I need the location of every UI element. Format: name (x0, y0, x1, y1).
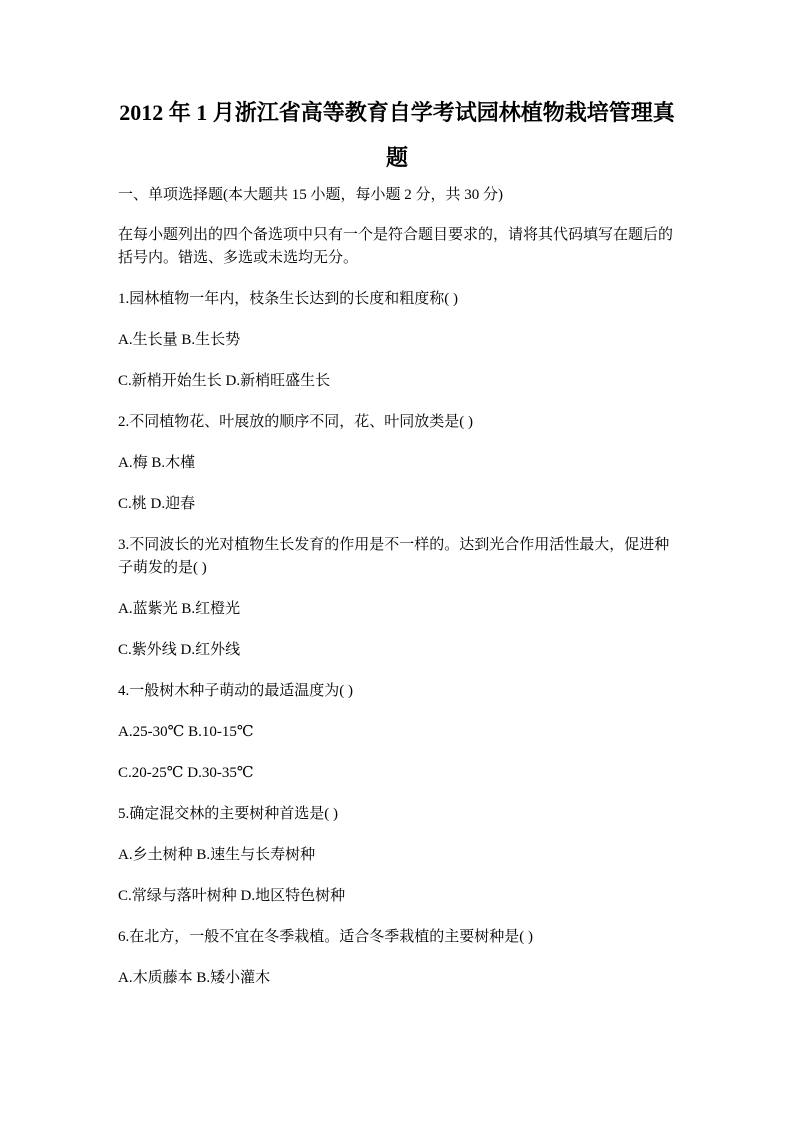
question-stem: 5.确定混交林的主要树种首选是( ) (118, 803, 676, 826)
option-line: C.新梢开始生长 D.新梢旺盛生长 (118, 370, 676, 393)
question-block-2: 2.不同植物花、叶展放的顺序不同，花、叶同放类是( ) A.梅 B.木槿 C.桃… (118, 411, 676, 516)
option-line: C.桃 D.迎春 (118, 493, 676, 516)
option-line: C.紫外线 D.红外线 (118, 639, 676, 662)
option-line: C.20-25℃ D.30-35℃ (118, 762, 676, 785)
option-line: C.常绿与落叶树种 D.地区特色树种 (118, 885, 676, 908)
option-line: A.梅 B.木槿 (118, 452, 676, 475)
document-page: 2012 年 1 月浙江省高等教育自学考试园林植物栽培管理真 题 一、单项选择题… (0, 0, 794, 1123)
instructions: 在每小题列出的四个备选项中只有一个是符合题目要求的，请将其代码填写在题后的括号内… (118, 224, 676, 270)
question-block-5: 5.确定混交林的主要树种首选是( ) A.乡土树种 B.速生与长寿树种 C.常绿… (118, 803, 676, 908)
title-line-2: 题 (118, 135, 676, 180)
question-stem: 4.一般树木种子萌动的最适温度为( ) (118, 680, 676, 703)
section-heading: 一、单项选择题(本大题共 15 小题，每小题 2 分，共 30 分) (118, 184, 676, 207)
option-line: A.蓝紫光 B.红橙光 (118, 598, 676, 621)
question-stem: 3.不同波长的光对植物生长发育的作用是不一样的。达到光合作用活性最大，促进种子萌… (118, 534, 676, 580)
document-title: 2012 年 1 月浙江省高等教育自学考试园林植物栽培管理真 题 (118, 90, 676, 180)
question-block-6: 6.在北方，一般不宜在冬季栽植。适合冬季栽植的主要树种是( ) A.木质藤本 B… (118, 926, 676, 990)
option-line: A.乡土树种 B.速生与长寿树种 (118, 844, 676, 867)
option-line: A.木质藤本 B.矮小灌木 (118, 967, 676, 990)
question-stem: 6.在北方，一般不宜在冬季栽植。适合冬季栽植的主要树种是( ) (118, 926, 676, 949)
question-stem: 1.园林植物一年内，枝条生长达到的长度和粗度称( ) (118, 288, 676, 311)
option-line: A.生长量 B.生长势 (118, 329, 676, 352)
question-block-3: 3.不同波长的光对植物生长发育的作用是不一样的。达到光合作用活性最大，促进种子萌… (118, 534, 676, 662)
option-line: A.25-30℃ B.10-15℃ (118, 721, 676, 744)
question-block-4: 4.一般树木种子萌动的最适温度为( ) A.25-30℃ B.10-15℃ C.… (118, 680, 676, 785)
question-block-1: 1.园林植物一年内，枝条生长达到的长度和粗度称( ) A.生长量 B.生长势 C… (118, 288, 676, 393)
question-stem: 2.不同植物花、叶展放的顺序不同，花、叶同放类是( ) (118, 411, 676, 434)
title-line-1: 2012 年 1 月浙江省高等教育自学考试园林植物栽培管理真 (118, 90, 676, 135)
